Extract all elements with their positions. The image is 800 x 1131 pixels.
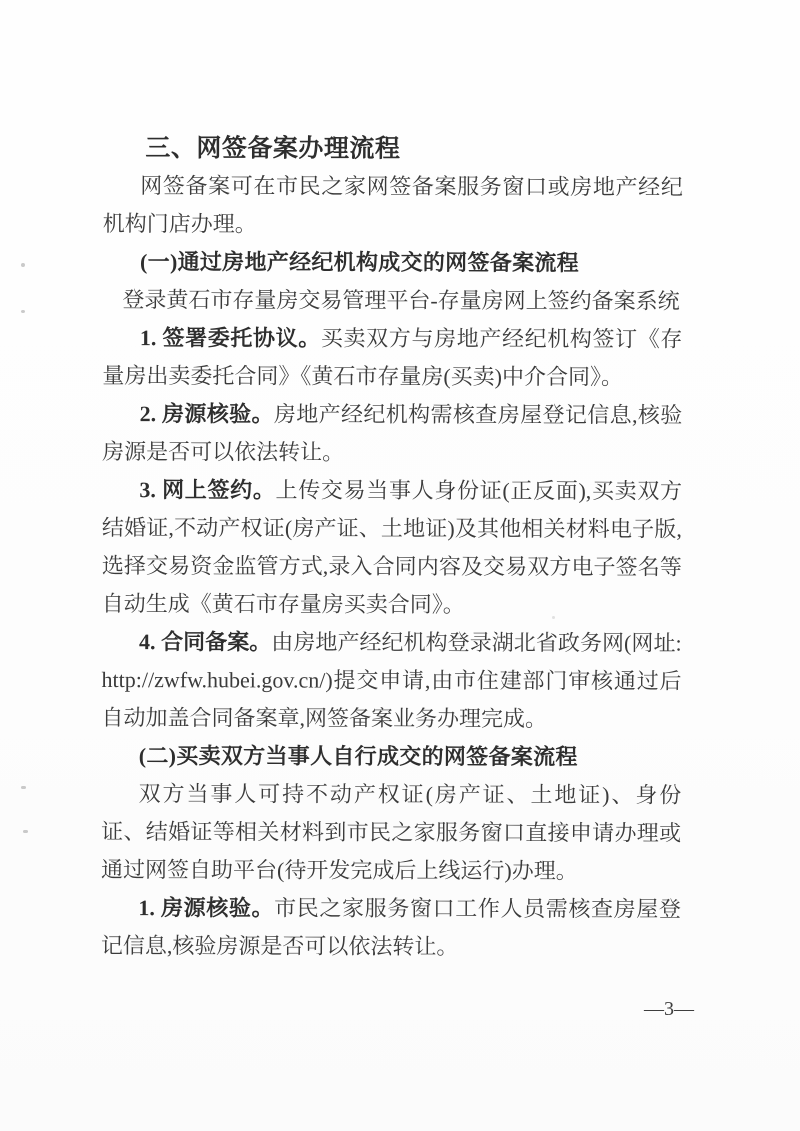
page-number: —3— [644,996,694,1022]
bold-text-run: 三、网签备案办理流程 [145,134,400,163]
document-paragraph: 3. 网上签约。上传交易当事人身份证(正反面),买卖双方结婚证,不动产权证(房产… [102,471,682,625]
document-paragraph: 2. 房源核验。房地产经纪机构需核查房屋登记信息,核验房源是否可以依法转让。 [102,395,682,473]
bold-text-run: 4. 合同备案。 [139,629,271,654]
scanned-page: 三、网签备案办理流程网签备案可在市民之家网签备案服务窗口或房地产经纪机构门店办理… [0,0,800,1131]
scan-speck [552,616,555,619]
document-heading1: 三、网签备案办理流程 [103,129,683,169]
bold-text-run: 2. 房源核验。 [140,401,274,426]
text-run: 网签备案可在市民之家网签备案服务窗口或房地产经纪机构门店办理。 [103,173,683,236]
document-paragraph: 网签备案可在市民之家网签备案服务窗口或房地产经纪机构门店办理。 [103,167,683,245]
document-paragraph: 4. 合同备案。由房地产经纪机构登录湖北省政务网(网址: http://zwfw… [101,623,681,739]
bold-text-run: 3. 网上签约。 [139,477,275,502]
scan-speck [21,310,25,313]
bold-text-run: 1. 房源核验。 [138,895,274,920]
scan-speck [23,830,28,833]
document-heading2: (一)通过房地产经纪机构成交的网签备案流程 [103,243,683,283]
document-paragraph: 双方当事人可持不动产权证(房产证、土地证)、身份证、结婚证等相关材料到市民之家服… [101,775,681,891]
bold-text-run: (二)买卖双方当事人自行成交的网签备案流程 [139,743,578,769]
document-paragraph: 1. 签署委托协议。买卖双方与房地产经纪机构签订《存量房出卖委托合同》《黄石市存… [102,319,682,397]
bold-text-run: 1. 签署委托协议。 [140,325,321,350]
scan-speck [21,263,25,267]
document-heading2: (二)买卖双方当事人自行成交的网签备案流程 [101,737,681,777]
text-run: 双方当事人可持不动产权证(房产证、土地证)、身份证、结婚证等相关材料到市民之家服… [101,781,681,883]
bold-text-run: (一)通过房地产经纪机构成交的网签备案流程 [140,249,579,275]
document-paragraph: 1. 房源核验。市民之家服务窗口工作人员需核查房屋登记信息,核验房源是否可以依法… [101,889,681,967]
scan-speck [21,786,26,789]
document-paragraph: 登录黄石市存量房交易管理平台-存量房网上签约备案系统 [103,281,683,321]
text-run: 登录黄石市存量房交易管理平台-存量房网上签约备案系统 [122,287,679,313]
document-body: 三、网签备案办理流程网签备案可在市民之家网签备案服务窗口或房地产经纪机构门店办理… [101,129,683,967]
